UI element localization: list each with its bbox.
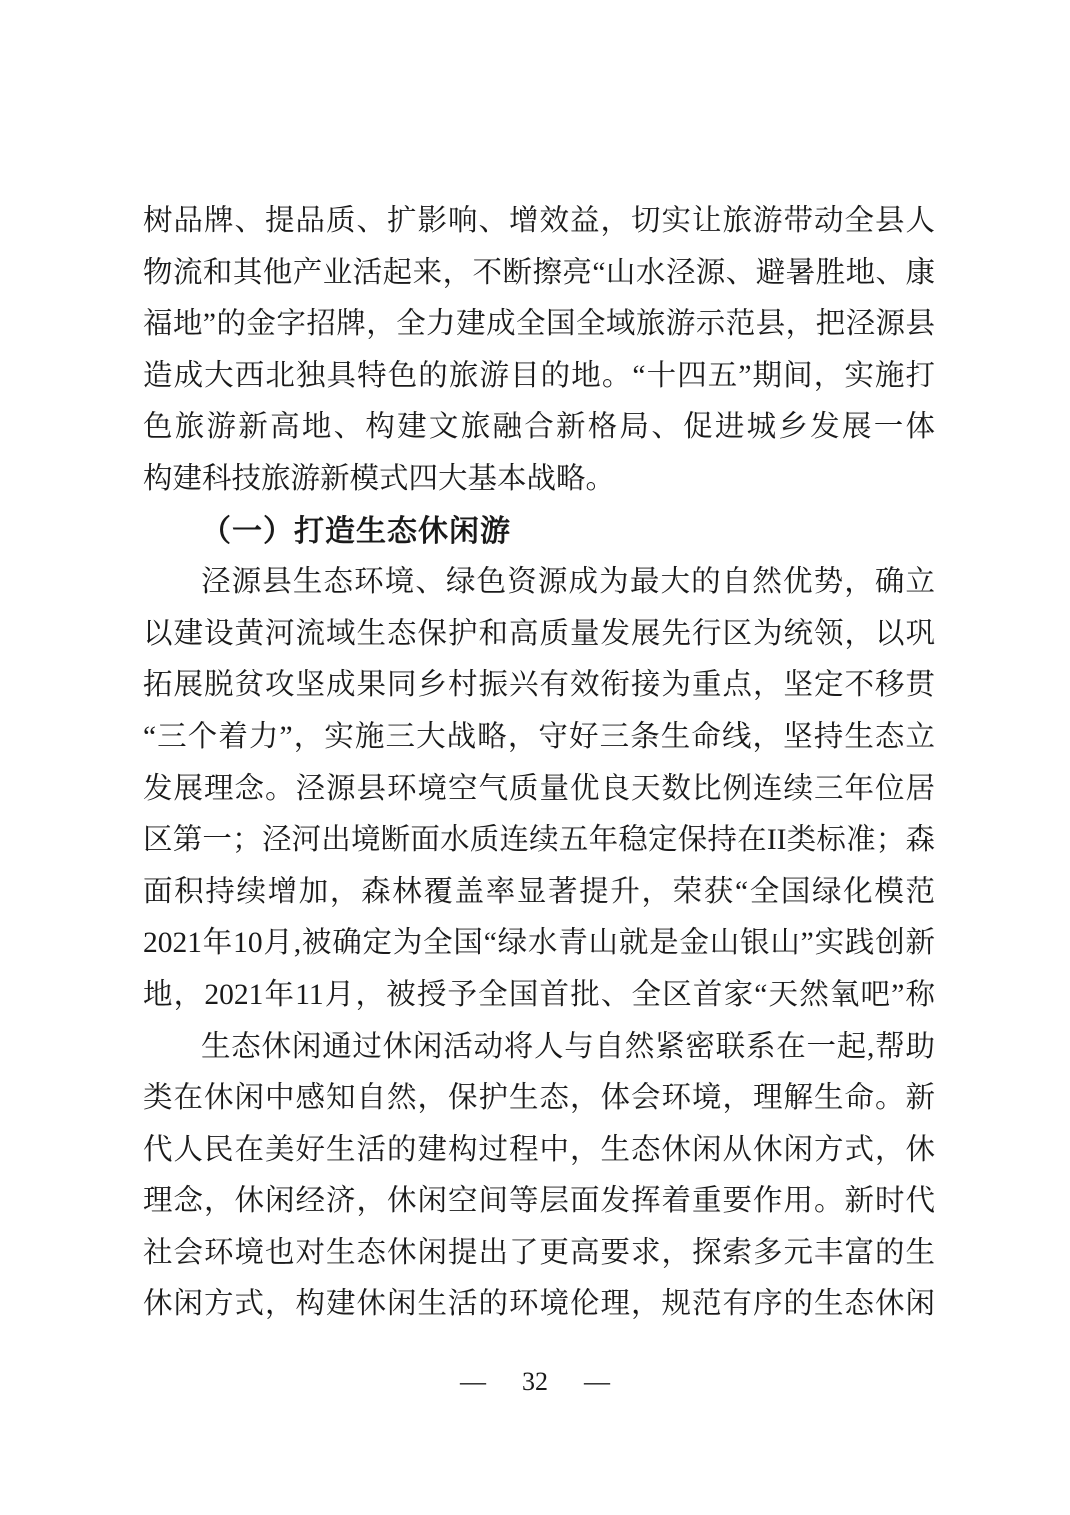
text-line: 区第一；泾河出境断面水质连续五年稳定保持在II类标准；森林 [143, 815, 935, 867]
text-line: 色旅游新高地、构建文旅融合新格局、促进城乡发展一体化、 [143, 402, 935, 454]
text-line: 泾源县生态环境、绿色资源成为最大的自然优势，确立了 [143, 557, 935, 609]
text-line: 拓展脱贫攻坚成果同乡村振兴有效衔接为重点，坚定不移贯彻 [143, 660, 935, 712]
text-line: 发展理念。泾源县环境空气质量优良天数比例连续三年位居全 [143, 764, 935, 816]
text-line: 社会环境也对生态休闲提出了更高要求，探索多元丰富的生态 [143, 1228, 935, 1280]
text-line: 休闲方式，构建休闲生活的环境伦理，规范有序的生态休闲经 [143, 1279, 935, 1331]
footer-left-dash: — [460, 1362, 486, 1402]
text-line: 造成大西北独具特色的旅游目的地。“十四五”期间，实施打造红 [143, 351, 935, 403]
text-line: 生态休闲通过休闲活动将人与自然紧密联系在一起,帮助人 [143, 1022, 935, 1074]
text-line: “三个着力”，实施三大战略，守好三条生命线，坚持生态立县的 [143, 712, 935, 764]
document-page: 树品牌、提品质、扩影响、增效益，切实让旅游带动全县人流、 物流和其他产业活起来，… [0, 0, 1070, 1515]
page-number: 32 [522, 1362, 548, 1402]
text-line: 地，2021年11月，被授予全国首批、全区首家“天然氧吧”称号。 [143, 970, 935, 1022]
page-body: 树品牌、提品质、扩影响、增效益，切实让旅游带动全县人流、 物流和其他产业活起来，… [143, 196, 935, 1331]
page-footer: — 32 — [0, 1362, 1070, 1402]
section-heading: （一）打造生态休闲游 [143, 506, 935, 558]
text-line: 代人民在美好生活的建构过程中，生态休闲从休闲方式，休闲 [143, 1125, 935, 1177]
text-line: 福地”的金字招牌，全力建成全国全域旅游示范县，把泾源县打 [143, 299, 935, 351]
text-line: 2021年10月,被确定为全国“绿水青山就是金山银山”实践创新基 [143, 918, 935, 970]
text-line: 构建科技旅游新模式四大基本战略。 [143, 454, 935, 506]
text-line: 以建设黄河流域生态保护和高质量发展先行区为统领，以巩固 [143, 609, 935, 661]
text-line: 物流和其他产业活起来，不断擦亮“山水泾源、避暑胜地、康养 [143, 248, 935, 300]
text-line: 理念，休闲经济，休闲空间等层面发挥着重要作用。新时代的 [143, 1176, 935, 1228]
text-line: 树品牌、提品质、扩影响、增效益，切实让旅游带动全县人流、 [143, 196, 935, 248]
text-line: 类在休闲中感知自然，保护生态，体会环境，理解生命。新时 [143, 1073, 935, 1125]
text-line: 面积持续增加，森林覆盖率显著提升，荣获“全国绿化模范县”， [143, 867, 935, 919]
footer-right-dash: — [584, 1362, 610, 1402]
